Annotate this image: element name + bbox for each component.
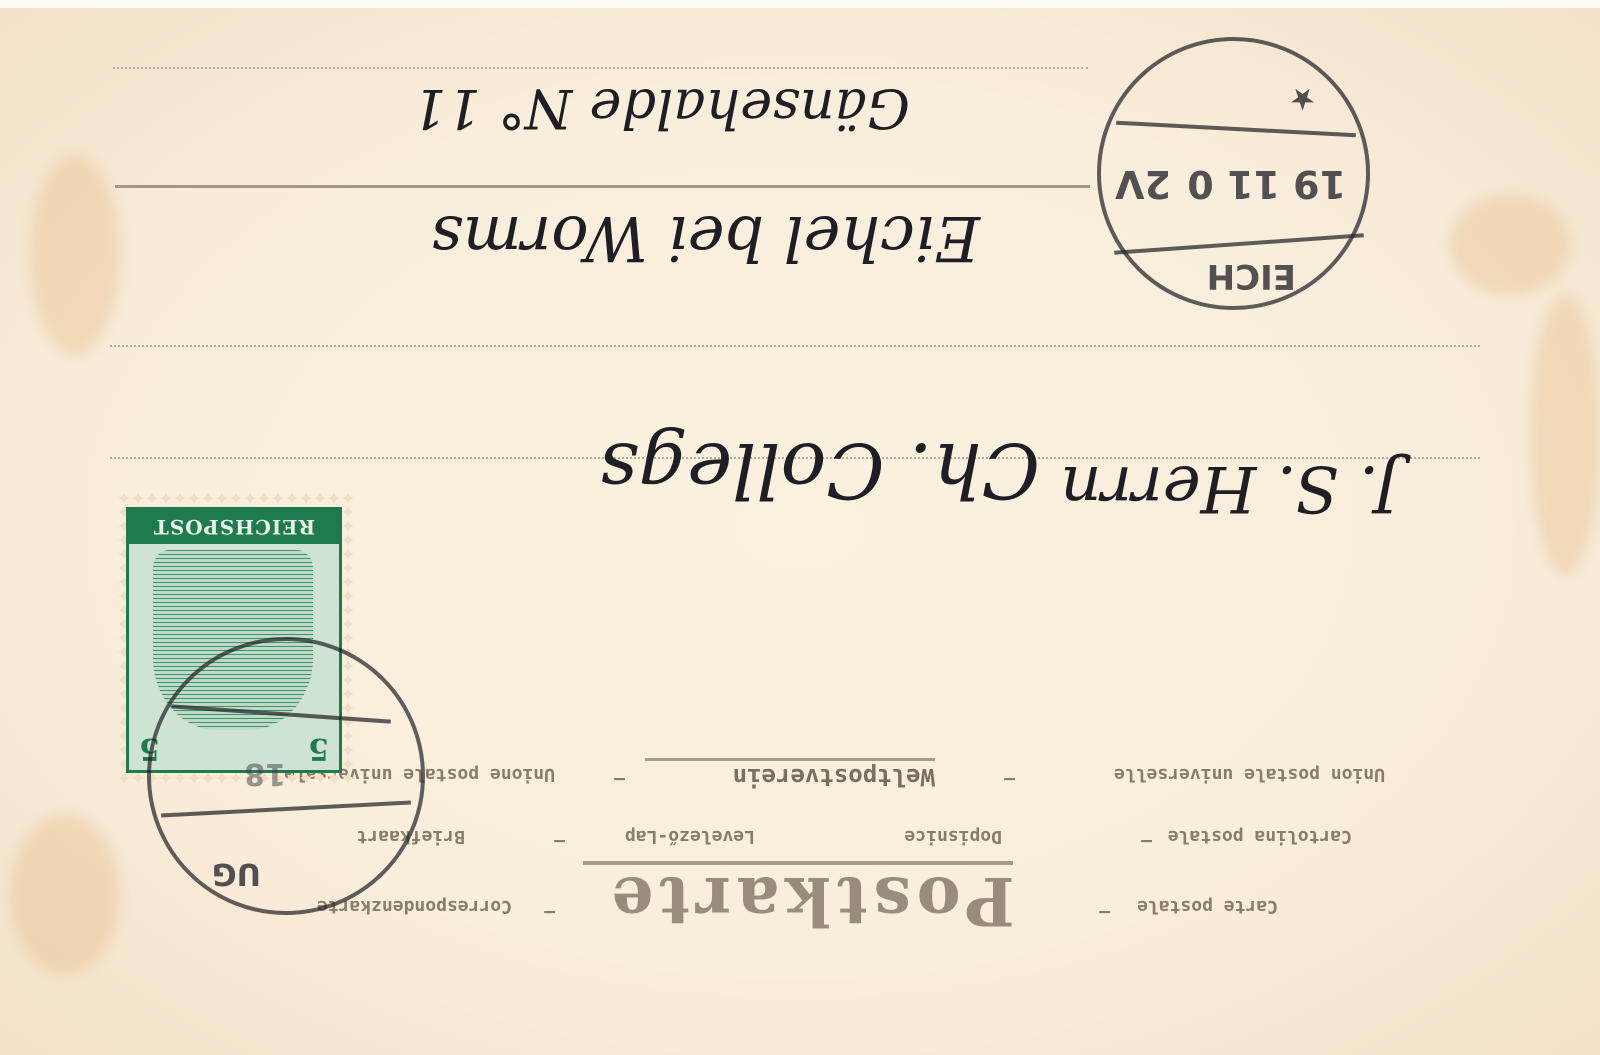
postmark-town: EICH [1207,256,1296,296]
separator: — [1004,769,1015,790]
separator: — [1099,902,1110,923]
printed-cartolina-postale: Cartolina postale [1168,826,1352,847]
stain [1530,295,1600,575]
printed-levelezo-lap: Levelező-Lap [625,826,755,847]
printed-union-postale: Union postale universelle [1114,764,1385,785]
separator: — [614,769,625,790]
printed-carte-postale: Carte postale [1137,896,1278,917]
stain [30,155,120,355]
arrival-postmark: EICH 19 11 0 2V ★ [1097,37,1370,310]
postmark-date: 19 11 0 [1187,162,1346,206]
departure-postmark: UG 18 [147,637,425,915]
separator: — [1141,831,1152,852]
postcard: Postkarte Carte postale — Correspondenzk… [0,0,1600,1055]
address-line-3 [115,185,1090,188]
star-icon: ★ [1289,81,1316,116]
handwriting-town: Eichel bei Worms [431,202,980,275]
printed-dopisnice: Dopisnice [904,826,1002,847]
separator: — [554,831,565,852]
postmark-partial-text: UG [212,856,261,891]
separator: — [544,902,555,923]
postcard-title: Postkarte [590,862,1030,940]
postmark-bar [1116,121,1356,138]
weltpostverein-underline [645,758,935,761]
title-underline [583,861,1013,865]
stain [1450,195,1570,295]
postmark-bar [161,800,411,817]
printed-weltpostverein: Weltpostverein [733,763,935,791]
postmark-date: 18 [244,756,286,791]
postmark-bar [171,704,391,723]
postcard-sheet-rotated: Postkarte Carte postale — Correspondenzk… [0,0,1600,1055]
handwriting-street: Gänsehalde N° 11 [412,77,910,140]
postmark-time: 2V [1115,162,1171,206]
handwriting-salutation: J. S. Herrn [1060,451,1400,525]
stain [10,815,120,975]
postmark-bar [1114,233,1364,254]
address-line-4 [113,67,1088,69]
address-line-2 [110,345,1480,347]
handwriting-recipient: Ch. Collegs [599,426,1040,515]
